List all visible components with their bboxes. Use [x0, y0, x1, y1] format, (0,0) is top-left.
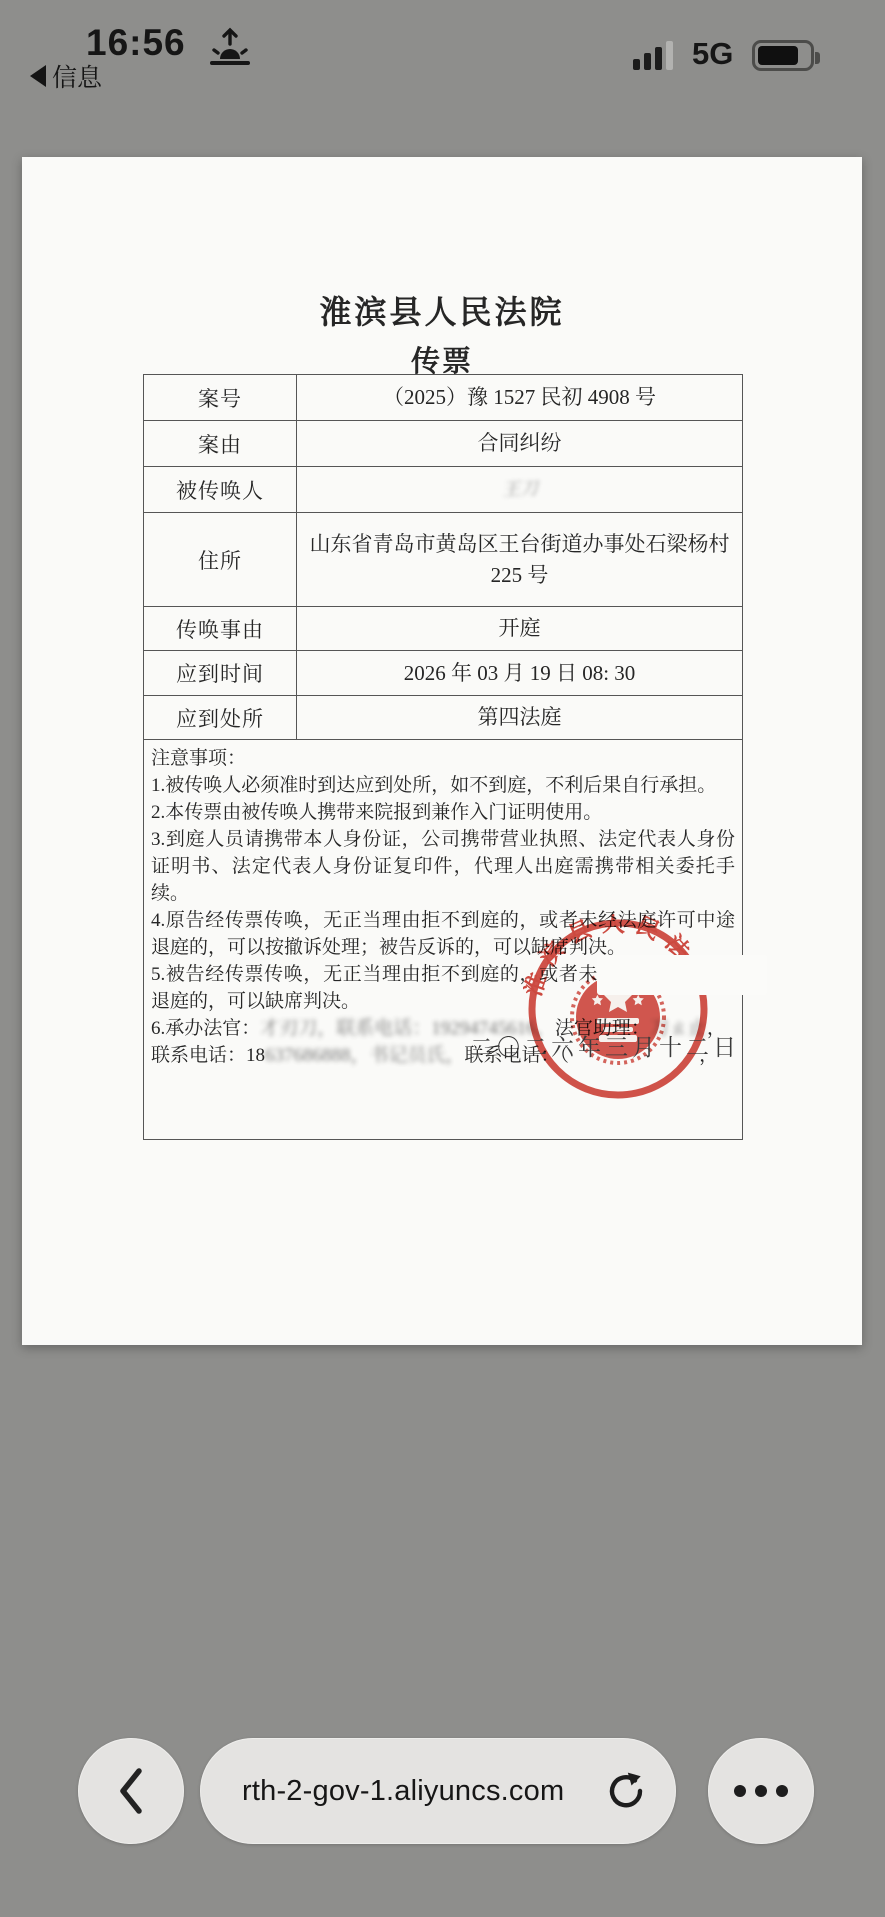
table-row: 住所山东省青岛市黄岛区王台街道办事处石梁杨村 225 号	[144, 513, 742, 607]
back-triangle-icon	[30, 65, 46, 87]
issue-date: 二〇二六年三月十二日	[470, 1029, 740, 1062]
note-item: 3.到庭人员请携带本人身份证，公司携带营业执照、法定代表人身份证明书、法定代表人…	[151, 826, 735, 907]
row-value: 2026 年 03 月 19 日 08: 30	[297, 651, 742, 695]
table-row: 应到时间2026 年 03 月 19 日 08: 30	[144, 651, 742, 696]
row-label: 住所	[144, 513, 297, 606]
table-row: 案由合同纠纷	[144, 421, 742, 467]
redaction-patch	[597, 955, 767, 995]
note-item: 1.被传唤人必须准时到达应到处所，如不到庭，不利后果自行承担。	[151, 772, 735, 799]
row-value: 王刀	[297, 467, 742, 512]
court-name: 淮滨县人民法院	[22, 287, 862, 333]
sunrise-icon	[206, 26, 254, 73]
back-app-label: 信息	[52, 58, 102, 94]
row-label: 被传唤人	[144, 467, 297, 512]
row-value: 山东省青岛市黄岛区王台街道办事处石梁杨村 225 号	[297, 513, 742, 606]
row-label: 应到处所	[144, 696, 297, 739]
ellipsis-icon	[734, 1785, 788, 1797]
row-label: 应到时间	[144, 651, 297, 695]
chevron-left-icon	[111, 1765, 151, 1817]
table-row: 传唤事由开庭	[144, 607, 742, 651]
row-value: （2025）豫 1527 民初 4908 号	[297, 375, 742, 420]
battery-icon	[752, 40, 814, 71]
browser-toolbar: rth-2-gov-1.aliyuncs.com	[0, 1738, 885, 1848]
row-label: 案号	[144, 375, 297, 420]
redacted-name: 王刀	[501, 473, 539, 506]
note-item: 2.本传票由被传唤人携带来院报到兼作入门证明使用。	[151, 799, 735, 826]
notes-title: 注意事项：	[151, 745, 735, 772]
network-type-label: 5G	[692, 36, 733, 72]
table-row: 被传唤人王刀	[144, 467, 742, 513]
row-value: 第四法庭	[297, 696, 742, 739]
url-text: rth-2-gov-1.aliyuncs.com	[242, 1775, 564, 1808]
reload-icon[interactable]	[604, 1767, 648, 1815]
back-to-messages-breadcrumb[interactable]: 信息	[30, 58, 102, 94]
browser-back-button[interactable]	[78, 1738, 184, 1844]
summons-document-image[interactable]: 淮滨县人民法院 传票 案号（2025）豫 1527 民初 4908 号案由合同纠…	[22, 157, 862, 1345]
row-label: 案由	[144, 421, 297, 466]
row-value: 开庭	[297, 607, 742, 650]
row-value: 合同纠纷	[297, 421, 742, 466]
row-label: 传唤事由	[144, 607, 297, 650]
more-options-button[interactable]	[708, 1738, 814, 1844]
table-row: 案号（2025）豫 1527 民初 4908 号	[144, 375, 742, 421]
status-bar: 16:56 信息 5G	[0, 0, 885, 110]
court-seal: 淮滨县人民法院	[523, 914, 713, 1104]
table-row: 应到处所第四法庭	[144, 696, 742, 740]
address-bar[interactable]: rth-2-gov-1.aliyuncs.com	[200, 1738, 676, 1844]
cellular-signal-icon	[633, 40, 673, 70]
